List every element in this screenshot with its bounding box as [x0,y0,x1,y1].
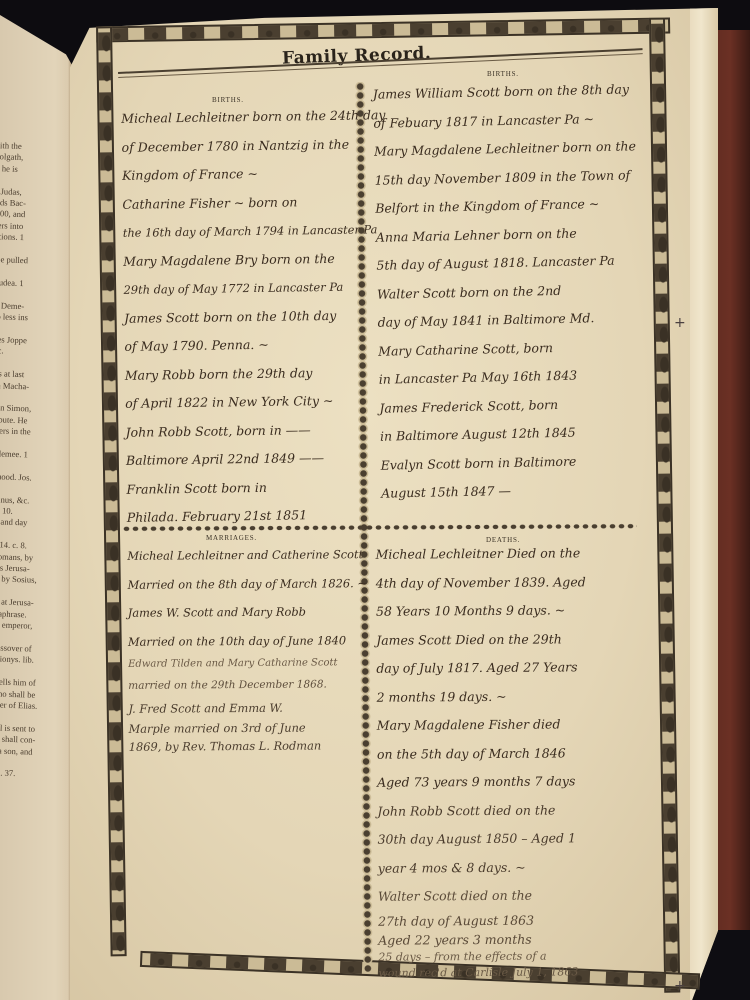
entry-line: Married on the 8th day of March 1826. ~ [127,569,367,599]
entry-line: 30th day August 1850 – Aged 1 [377,824,587,854]
entry-line: Married on the 10th day of June 1840 [128,626,368,656]
entry-line: Micheal Lechleitner Died on the [375,539,585,569]
entry-line: James Scott Died on the 29th [376,625,586,655]
entry-line: married on the 29th December 1868. [128,672,368,698]
entry-line: John Robb Scott, born in —— [125,415,390,447]
entry-line: of December 1780 in Nantzig in the [121,130,386,162]
entry-line: day of July 1817. Aged 27 Years [376,653,586,683]
entry-line: 27th day of August 1863 [378,910,588,931]
page-fore-edge [690,8,718,1000]
entry-line: Mary Magdalene Fisher died [377,710,587,740]
entry-line: year 4 mos & 8 days. ~ [378,853,588,883]
entry-line: 5th day of August 1818. Lancaster Pa [376,246,638,280]
entry-line: of May 1790. Penna. ~ [124,329,389,361]
births-right-entries: James William Scott born on the 8th day … [373,75,644,508]
entry-line: James Scott born on the 10th day [124,301,389,333]
entry-line: Micheal Lechleitner and Catherine Scott [127,540,367,570]
entry-line: Belfort in the Kingdom of France ~ [375,189,637,223]
entry-line: wound rec'd at Carlisle July 1, 1863 [378,964,588,981]
entry-line: of April 1822 in New York City ~ [125,386,390,418]
entry-line: Mary Magdalene Bry born on the [123,244,388,276]
entry-line: Philada. February 21st 1851 [127,500,392,532]
entry-line: Marple married on 3rd of June [128,718,367,738]
deaths-entries: Micheal Lechleitner Died on the 4th day … [375,539,588,981]
entry-line: on the 5th day of March 1846 [377,739,587,769]
left-page-printed-text: with the Golgath, re he is at Judas, end… [0,140,74,781]
entry-line: 1869, by Rev. Thomas L. Rodman [129,736,368,756]
pencil-cross-mark: + [674,315,686,331]
births-heading-right: BIRTHS. [487,70,519,78]
entry-line: August 15th 1847 — [381,474,643,508]
entry-line: J. Fred Scott and Emma W. [128,696,368,720]
entry-line: Aged 73 years 9 months 7 days [377,767,587,797]
entry-line: 58 Years 10 Months 9 days. ~ [376,596,586,626]
entry-line: John Robb Scott died on the [377,796,587,826]
marriages-entries: Micheal Lechleitner and Catherine Scott … [127,540,368,756]
entry-line: Mary Robb born the 29th day [125,358,390,390]
entry-line: Micheal Lechleitner born on the 24th day [121,101,386,133]
entry-line: 4th day of November 1839. Aged [376,568,586,598]
entry-line: Baltimore April 22nd 1849 —— [126,443,391,475]
entry-line: 2 months 19 days. ~ [376,682,586,712]
entry-line: Kingdom of France ~ [122,158,387,190]
entry-line: Aged 22 years 3 months [378,930,588,949]
entry-line: Walter Scott died on the [378,881,588,911]
entry-line: 29th day of May 1772 in Lancaster Pa [123,272,388,304]
entry-line: James W. Scott and Mary Robb [128,597,368,627]
border-top [96,17,670,42]
entry-line: Franklin Scott born in [126,472,391,504]
entry-line: James William Scott born on the 8th day [373,75,635,109]
entry-line: Edward Tilden and Mary Catharine Scott [128,654,367,674]
entry-line: the 16th day of March 1794 in Lancaster … [123,215,388,247]
entry-line: 25 days – from the effects of a [378,948,588,965]
entry-line: Catharine Fisher ~ born on [122,187,387,219]
births-left-entries: Micheal Lechleitner born on the 24th day… [121,101,391,532]
pencil-cross-mark: + [674,978,686,994]
